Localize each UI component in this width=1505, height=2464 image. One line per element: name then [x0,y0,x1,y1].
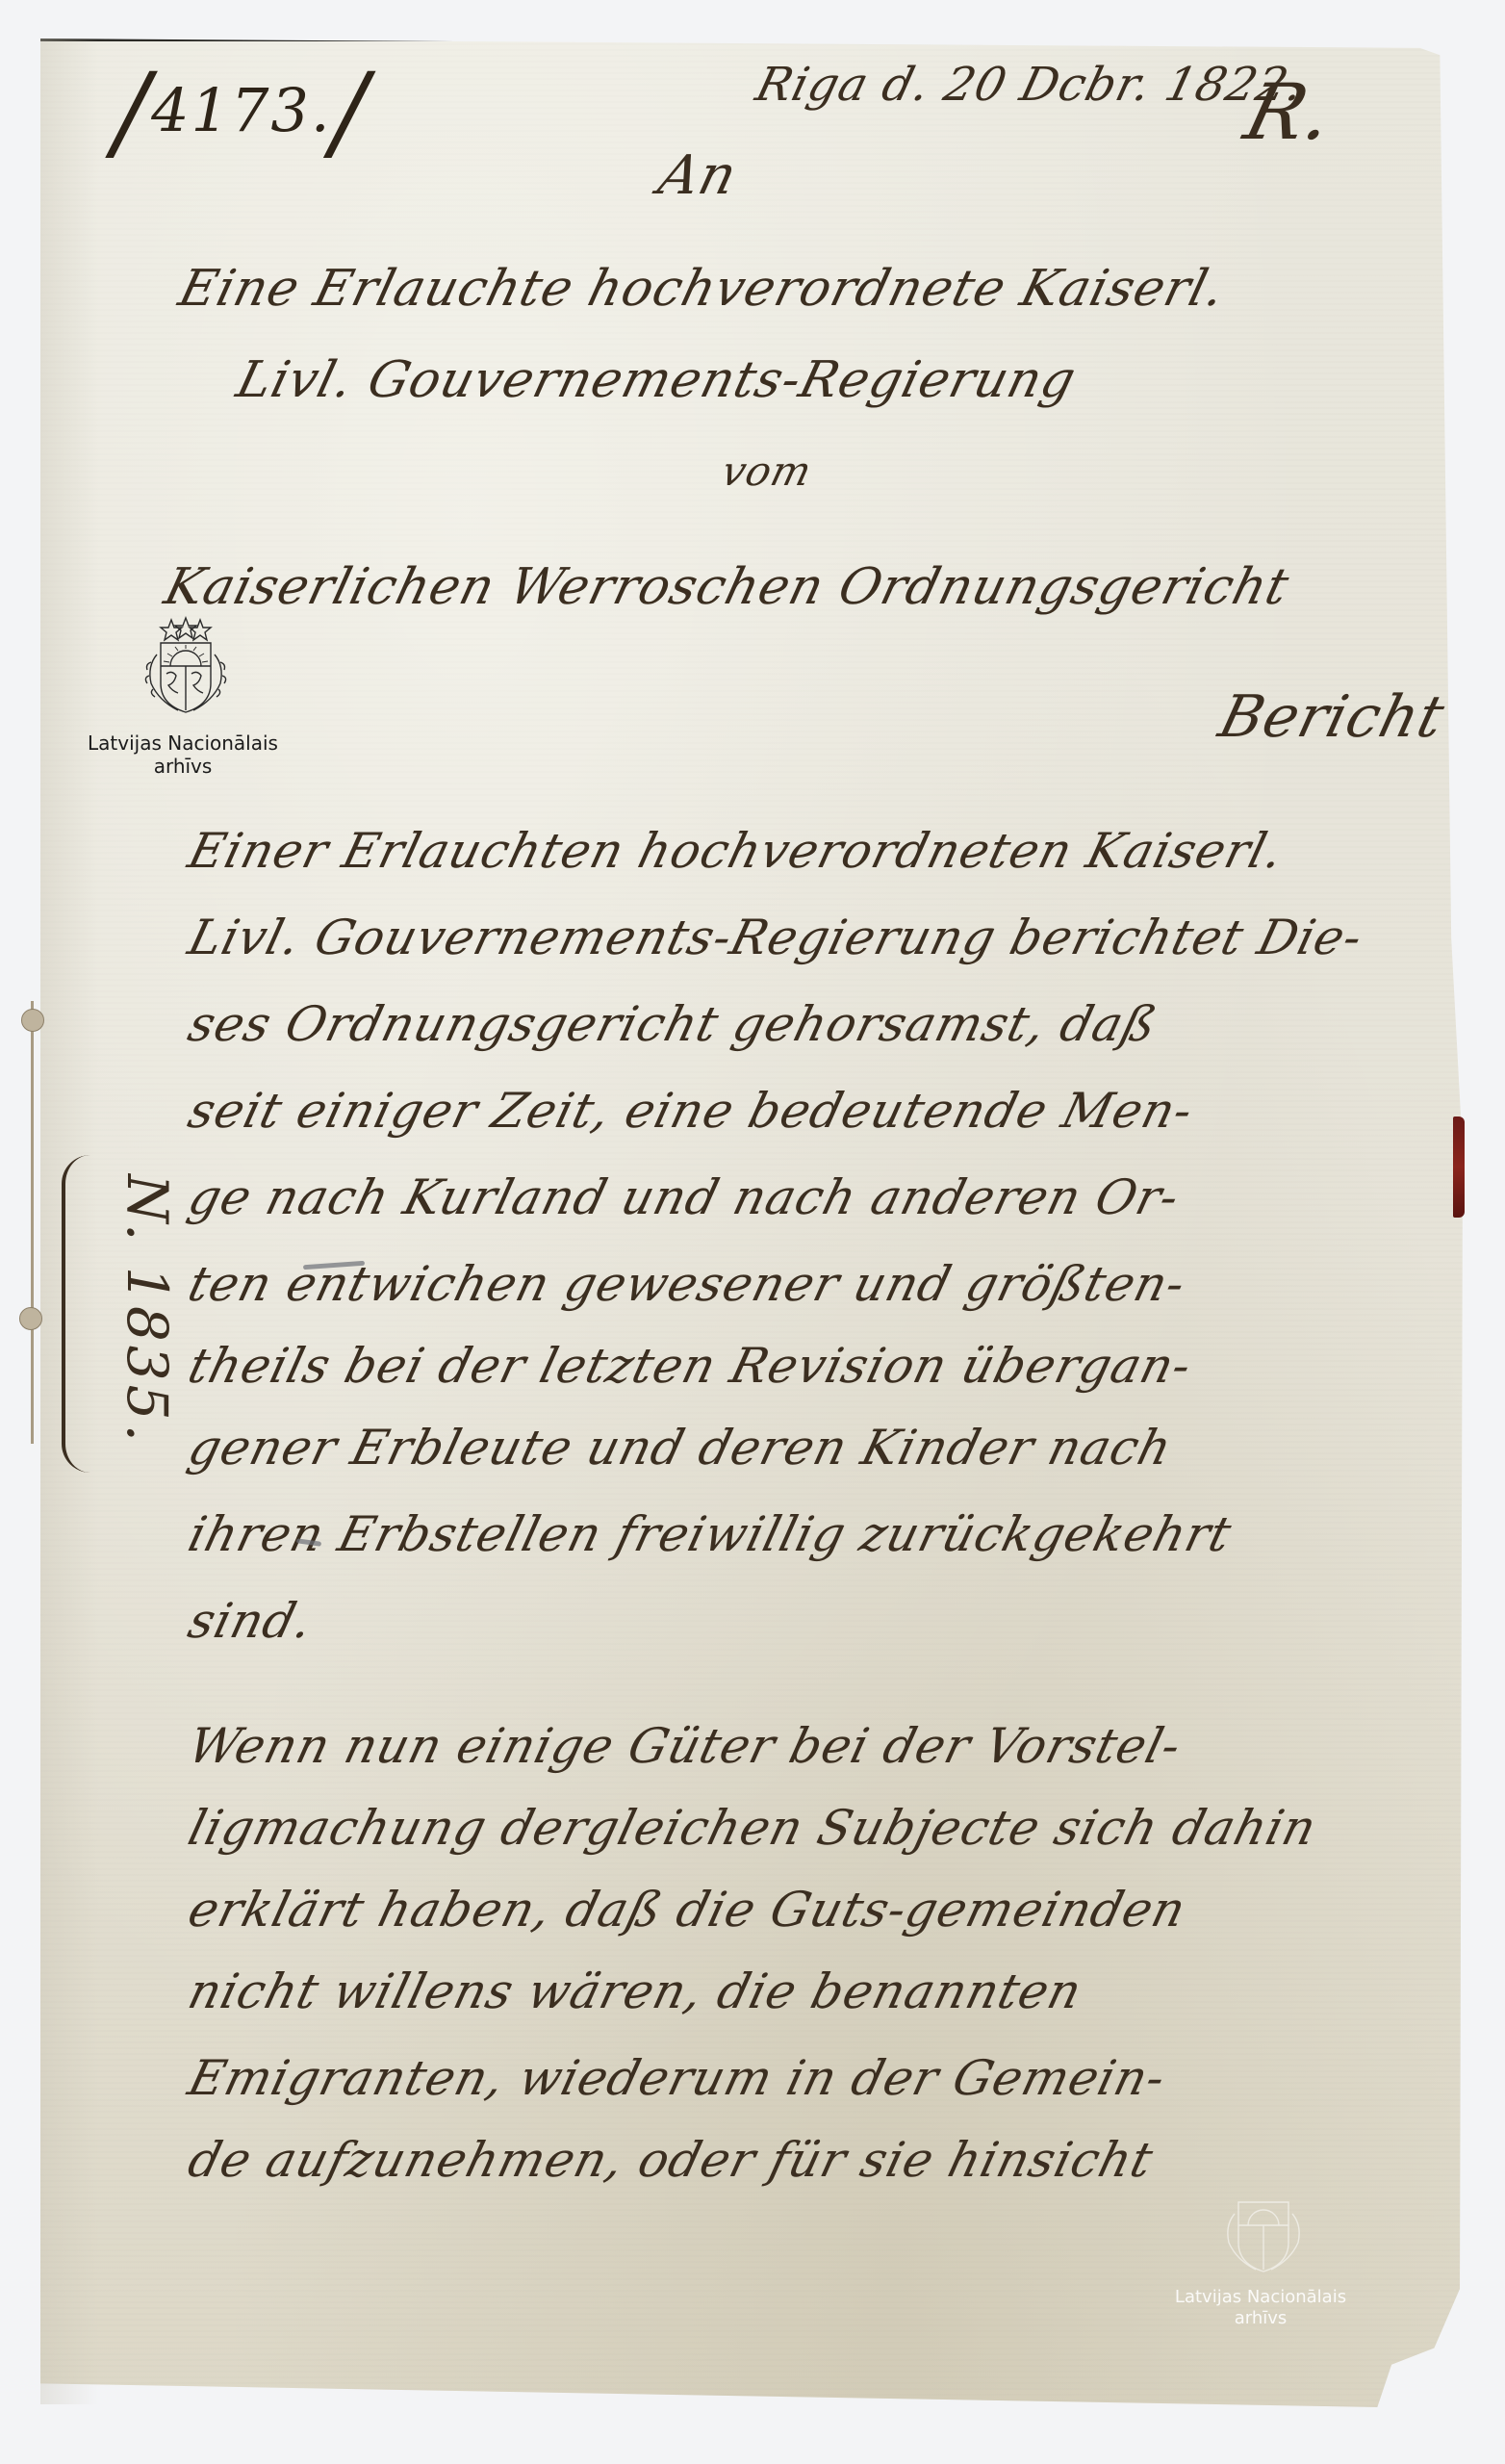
archive-name: Latvijas Nacionālais arhīvs [67,731,298,778]
address-line: vom [717,448,817,495]
dateline: Riga d. 20 Dcbr. 1822. [751,58,1310,112]
watermark-name: Latvijas Nacionālais arhīvs [1135,2287,1386,2329]
latvia-coat-of-arms-icon [130,616,236,722]
body-line: nicht willens wären, die benannten [183,1963,1087,2019]
wax-seal-remnant [1453,1116,1465,1218]
watermark-name-line2: arhīvs [1135,2308,1386,2329]
document-heading: Bericht [1212,683,1451,751]
address-line: Livl. Gouvernements-Regierung [231,351,1082,409]
body-line: Wenn nun einige Güter bei der Vorstel- [183,1718,1187,1774]
body-line: seit einiger Zeit, eine bedeutende Men- [183,1083,1199,1139]
body-line: erklärt haben, daß die Guts-gemeinden [183,1882,1192,1938]
archive-number-slash-right: / [332,50,370,173]
margin-brace [62,1155,104,1473]
archive-name-line2: arhīvs [67,755,298,778]
margin-note: N. 1835. [62,1155,148,1473]
latvia-coat-of-arms-watermark-icon [1203,2175,1318,2281]
body-line: Einer Erlauchten hochverordneten Kaiserl… [183,823,1289,879]
archive-logo: Latvijas Nacionālais arhīvs [67,616,298,778]
margin-note-text: N. 1835. [115,1174,180,1446]
address-line: Eine Erlauchte hochverordnete Kaiserl. [173,260,1231,318]
body-line: Emigranten, wiederum in der Gemein- [183,2050,1171,2106]
body-line: theils bei der letzten Revision übergan- [183,1338,1197,1394]
salutation-prefix: An [652,144,744,207]
archive-watermark: Latvijas Nacionālais arhīvs [1135,2175,1386,2329]
binding-string [19,1001,46,1444]
address-line: Kaiserlichen Werroschen Ordnungsgericht [159,558,1295,616]
string-knot [19,1307,42,1330]
archive-number-slash-left: / [114,50,151,173]
body-line: gener Erbleute und deren Kinder nach [183,1420,1178,1476]
archive-number: /4173./ [114,50,370,173]
archive-name-line1: Latvijas Nacionālais [67,731,298,755]
string-knot [21,1009,44,1032]
body-line: de aufzunehmen, oder für sie hinsicht [183,2132,1159,2188]
body-line: Livl. Gouvernements-Regierung berichtet … [183,910,1368,965]
binding-thread [31,1001,34,1444]
body-line: ge nach Kurland und nach anderen Or- [183,1169,1186,1225]
body-line: ligmachung dergleichen Subjecte sich dah… [183,1800,1322,1856]
watermark-name-line1: Latvijas Nacionālais [1135,2287,1386,2308]
body-line: ihren Erbstellen freiwillig zurückgekehr… [183,1506,1237,1562]
body-line: sind. [183,1593,319,1649]
archive-number-text: 4173. [151,75,332,145]
body-line: ses Ordnungsgericht gehorsamst, daß [183,996,1163,1052]
